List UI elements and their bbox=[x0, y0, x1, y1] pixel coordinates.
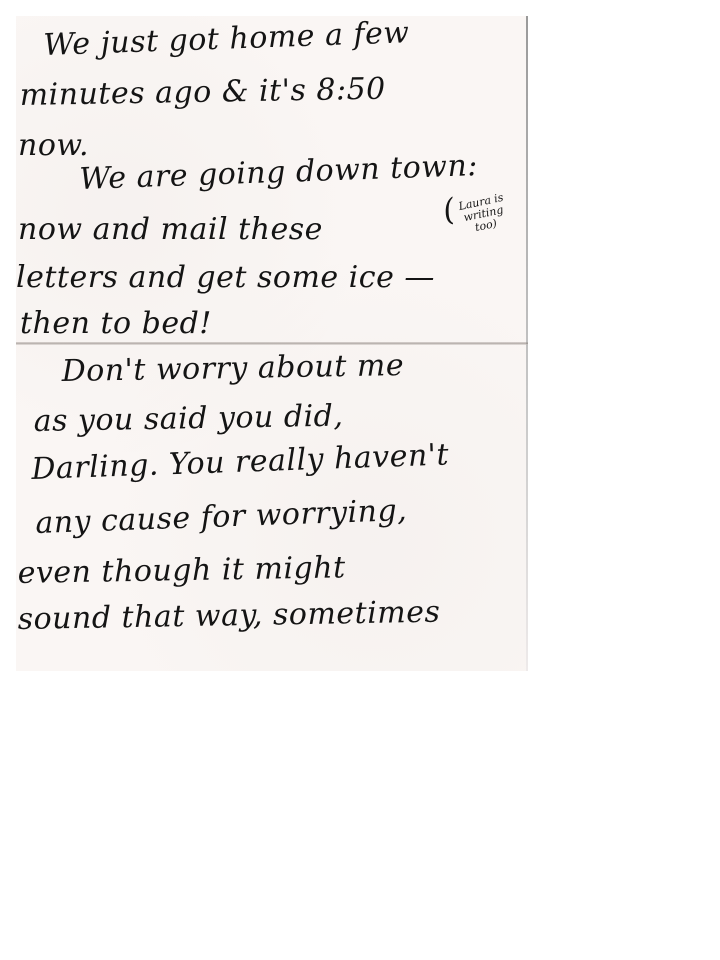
letter-line-8: Don't worry about me bbox=[61, 348, 404, 389]
letter-line-7: then to bed! bbox=[20, 306, 212, 341]
margin-note-open-paren: ( bbox=[442, 204, 456, 218]
letter-line-1: We just got home a few bbox=[43, 16, 410, 63]
letter-line-5: now and mail these bbox=[18, 212, 323, 247]
letter-line-9: as you said you did, bbox=[33, 399, 343, 439]
margin-note: ( Laura is writing too) bbox=[451, 191, 518, 252]
letter-line-12: even though it might bbox=[17, 550, 346, 591]
fold-crease bbox=[16, 342, 528, 345]
letter-page: We just got home a few minutes ago & it'… bbox=[16, 16, 528, 671]
letter-line-3: now. bbox=[18, 128, 89, 163]
letter-line-4: We are going down town: bbox=[79, 148, 479, 197]
letter-line-13: sound that way, sometimes bbox=[17, 595, 440, 637]
letter-line-6: letters and get some ice — bbox=[16, 260, 435, 295]
letter-line-10: Darling. You really haven't bbox=[31, 437, 450, 487]
letter-line-11: any cause for worrying, bbox=[35, 493, 408, 541]
letter-line-2: minutes ago & it's 8:50 bbox=[19, 72, 386, 113]
